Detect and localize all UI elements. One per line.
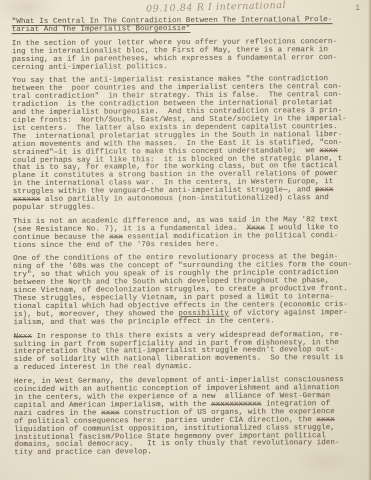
paragraph: Here, in West Germany, the development o…	[14, 377, 368, 458]
paragraph: Nxxx In response to this there exists a …	[14, 332, 368, 374]
page-number: 1	[355, 4, 360, 13]
typed-line: ialism, and that was the principle effec…	[13, 318, 367, 328]
document-title: "What Is Central In The Contradiction Be…	[12, 17, 366, 35]
typed-line: cerning anti-imperialist politics.	[12, 62, 366, 72]
typed-line: tity and practice can develop.	[14, 448, 368, 458]
paragraph: This is not an academic difference and, …	[13, 217, 367, 251]
scanned-document-page: 09.10.84 R I international 1 "What Is Ce…	[0, 0, 371, 480]
typed-line: tariat And The Imperialist Bourgeoisie"	[12, 25, 366, 35]
paragraph: One of the conditions of the entire revo…	[13, 254, 367, 327]
typed-line: tions since the end of the '70s resides …	[13, 240, 367, 250]
typed-line: a reduced interest in the real dynamic.	[14, 363, 368, 373]
typed-content: "What Is Central In The Contradiction Be…	[12, 17, 369, 464]
handwritten-date-annotation: 09.10.84 R I international	[146, 0, 346, 15]
document-body: In the section of your letter where you …	[12, 39, 369, 459]
typed-line: popular struggles.	[13, 203, 367, 213]
paragraph: In the section of your letter where you …	[12, 39, 366, 73]
paragraph: You say that the anti-imperialist resist…	[12, 76, 367, 213]
